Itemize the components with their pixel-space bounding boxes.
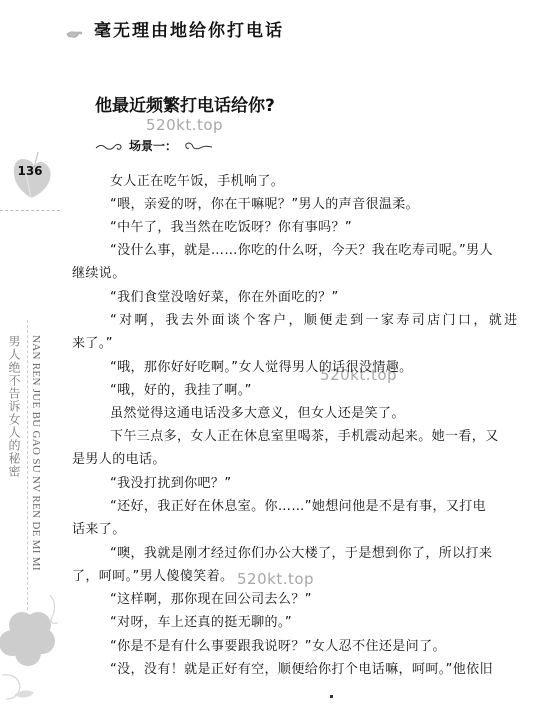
- paragraph-line: “哦，那你好好吃啊。”女人觉得男人的话很没情趣。: [110, 356, 413, 375]
- watermark: 520kt.top: [237, 570, 314, 588]
- flower-ornament-icon: [0, 595, 70, 704]
- scan-speck: [330, 695, 333, 698]
- running-title: 毫无理由地给你打电话: [94, 16, 284, 41]
- swirl-ornament-left-icon: [95, 140, 125, 152]
- paragraph-line: “没，没有！就是正好有空，顺便给你打个电话嘛，呵呵。”他依旧: [110, 658, 493, 677]
- divider: [0, 210, 60, 211]
- paragraph-line: 继续说。: [72, 262, 126, 281]
- paragraph-line: 女人正在吃午饭，手机响了。: [110, 170, 284, 189]
- paragraph-line: “没什么事，就是……你吃的什么呀，今天？我在吃寿司呢。”男人: [110, 239, 493, 258]
- paragraph-line: “我没打扰到你吧？”: [110, 472, 231, 491]
- paragraph-line: “噢，我就是刚才经过你们办公大楼了，于是想到你了，所以打来: [110, 542, 492, 561]
- book-title-pinyin: NAN REN JUE BU GAO SU NV REN DE MI MI: [30, 335, 42, 571]
- running-head: 毫无理由地给你打电话: [66, 16, 284, 41]
- paragraph-line: “哦，好的，我挂了啊。”: [110, 379, 252, 398]
- paragraph-line: 话来了。: [72, 518, 126, 537]
- scene-label: 场景一：: [95, 137, 213, 154]
- paragraph-line: “喂，亲爱的呀，你在干嘛呢？”男人的声音很温柔。: [110, 193, 419, 212]
- paragraph-line: 下午三点多，女人正在休息室里喝茶，手机震动起来。她一看，又: [110, 425, 499, 444]
- watermark: 520kt.top: [146, 116, 223, 134]
- divider: [27, 320, 28, 610]
- scene-label-text: 场景一：: [129, 137, 177, 154]
- paragraph-line: 虽然觉得这通电话没多大意义，但女人还是笑了。: [110, 402, 405, 421]
- paragraph-line: “这样啊，那你现在回公司去么？”: [110, 588, 312, 607]
- section-title: 他最近频繁打电话给你?: [95, 91, 275, 116]
- paragraph-line: “对啊，我去外面谈个客户，顺便走到一家寿司店门口，就进: [110, 309, 520, 328]
- paragraph-line: 来了。”: [72, 332, 113, 351]
- book-title-vertical: 男人绝不告诉女人的秘密: [6, 335, 23, 478]
- page-number: 136: [14, 164, 46, 178]
- hand-pointer-icon: [66, 24, 84, 34]
- paragraph-line: 是男人的电话。: [72, 448, 166, 467]
- paragraph-line: 了，呵呵。”男人傻傻笑着。: [72, 565, 233, 584]
- swirl-ornament-right-icon: [181, 140, 213, 152]
- paragraph-line: “我们食堂没啥好菜，你在外面吃的？”: [110, 286, 339, 305]
- paragraph-line: “中午了，我当然在吃饭呀？你有事吗？”: [110, 216, 352, 235]
- paragraph-line: “对呀，车上还真的挺无聊的。”: [110, 611, 292, 630]
- paragraph-line: “还好，我正好在休息室。你……”她想问他是不是有事，又打电: [110, 495, 486, 514]
- paragraph-line: “你是不是有什么事要跟我说呀？”女人忍不住还是问了。: [110, 635, 446, 654]
